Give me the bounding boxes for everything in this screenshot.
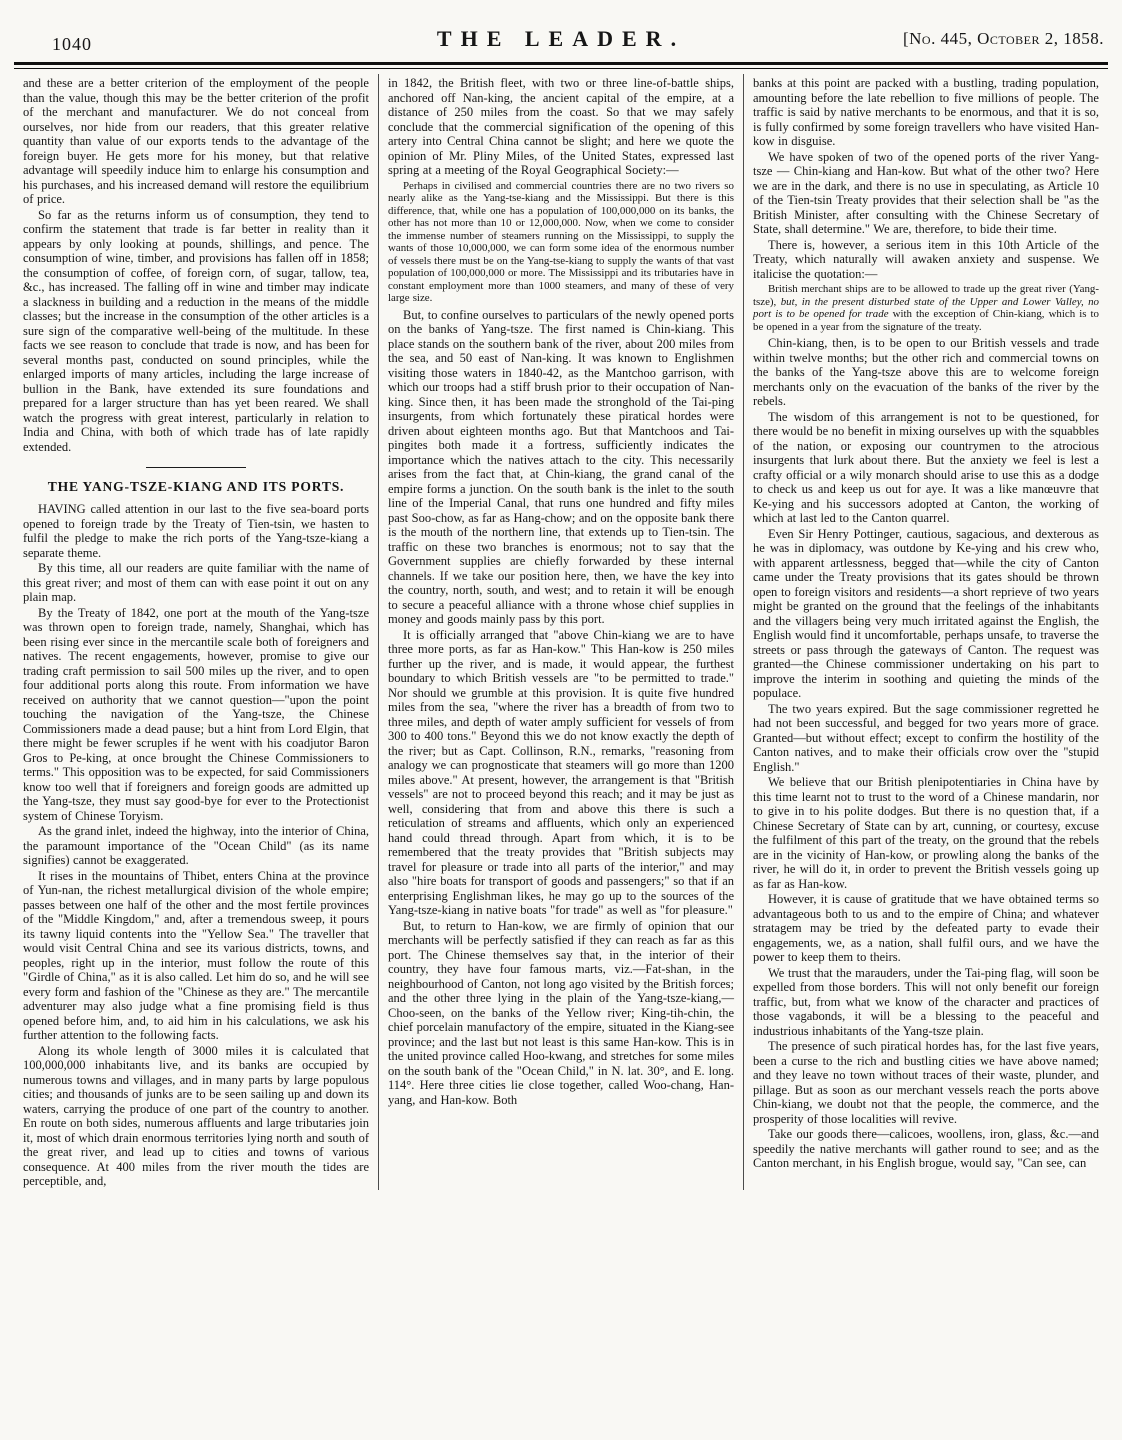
- paragraph: But, to confine ourselves to particulars…: [388, 308, 734, 627]
- newspaper-page: 1040 THE LEADER. [No. 445, October 2, 18…: [0, 0, 1122, 1440]
- page-header: 1040 THE LEADER. [No. 445, October 2, 18…: [0, 0, 1122, 68]
- column-1: and these are a better criterion of the …: [14, 74, 378, 1190]
- paragraph: Chin-kiang, then, is to be open to our B…: [753, 336, 1099, 409]
- paragraph: As the grand inlet, indeed the highway, …: [23, 824, 369, 868]
- column-2: in 1842, the British fleet, with two or …: [378, 74, 743, 1190]
- paragraph: However, it is cause of gratitude that w…: [753, 892, 1099, 965]
- paragraph: in 1842, the British fleet, with two or …: [388, 76, 734, 178]
- paragraph: The presence of such piratical hordes ha…: [753, 1039, 1099, 1126]
- paragraph: Take our goods there—calicoes, woollens,…: [753, 1127, 1099, 1171]
- paragraph: The wisdom of this arrangement is not to…: [753, 410, 1099, 526]
- paragraph: We trust that the marauders, under the T…: [753, 966, 1099, 1039]
- article-heading: THE YANG-TSZE-KIANG AND ITS PORTS.: [23, 479, 369, 495]
- paragraph: So far as the returns inform us of consu…: [23, 208, 369, 455]
- header-double-rule: [14, 62, 1108, 69]
- paragraph: We have spoken of two of the opened port…: [753, 150, 1099, 237]
- paragraph: Along its whole length of 3000 miles it …: [23, 1044, 369, 1189]
- paragraph: By the Treaty of 1842, one port at the m…: [23, 606, 369, 824]
- paragraph: Even Sir Henry Pottinger, cautious, saga…: [753, 527, 1099, 701]
- paragraph: and these are a better criterion of the …: [23, 76, 369, 207]
- column-3: banks at this point are packed with a bu…: [743, 74, 1108, 1190]
- paragraph: It rises in the mountains of Thibet, ent…: [23, 869, 369, 1043]
- paragraph: HAVING called attention in our last to t…: [23, 502, 369, 560]
- paragraph: banks at this point are packed with a bu…: [753, 76, 1099, 149]
- blockquote-treaty-extract: British merchant ships are to be allowed…: [753, 283, 1099, 333]
- section-divider: [146, 467, 246, 468]
- paragraph: But, to return to Han-kow, we are firmly…: [388, 919, 734, 1108]
- paragraph: We believe that our British plenipotenti…: [753, 775, 1099, 891]
- issue-date: [No. 445, October 2, 1858.: [903, 29, 1104, 49]
- blockquote-excerpt: Perhaps in civilised and commercial coun…: [388, 180, 734, 305]
- column-layout: and these are a better criterion of the …: [0, 68, 1122, 1190]
- paragraph: The two years expired. But the sage comm…: [753, 702, 1099, 775]
- paragraph: There is, however, a serious item in thi…: [753, 238, 1099, 282]
- paragraph: It is officially arranged that "above Ch…: [388, 628, 734, 918]
- paragraph: By this time, all our readers are quite …: [23, 561, 369, 605]
